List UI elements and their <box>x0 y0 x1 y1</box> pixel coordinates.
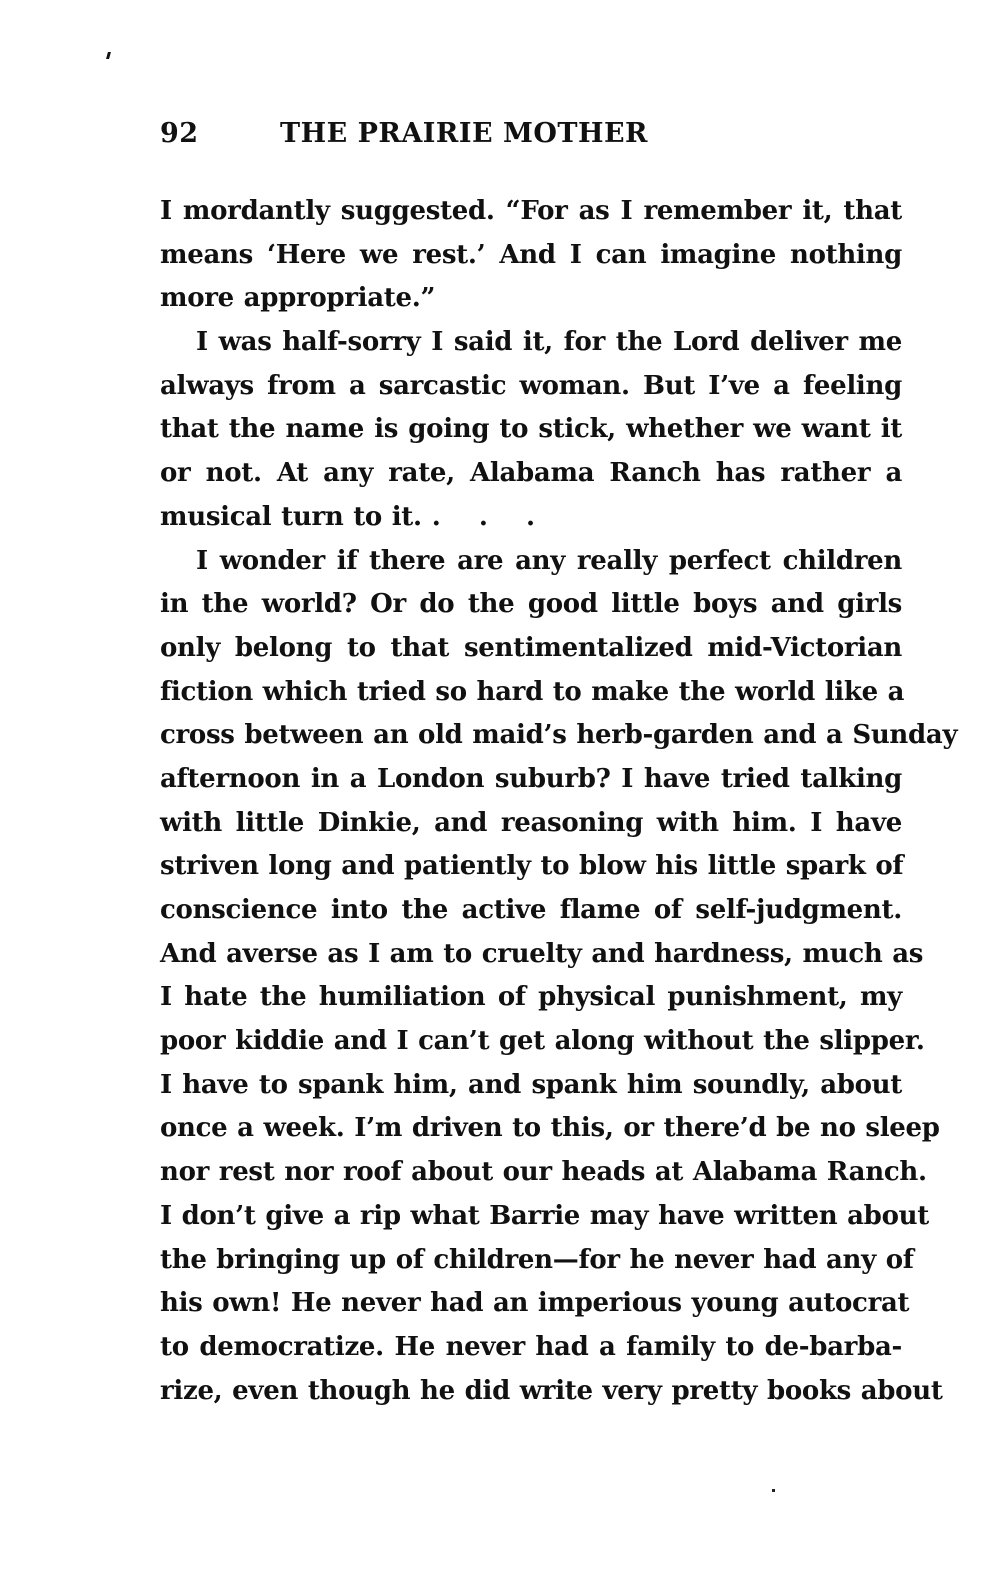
text-line: conscience into the active flame of self… <box>160 889 902 933</box>
text-line: to democratize. He never had a family to… <box>160 1326 902 1370</box>
text-line: I hate the humiliation of physical punis… <box>160 976 902 1020</box>
text-line: that the name is going to stick, whether… <box>160 408 902 452</box>
text-line: with little Dinkie, and reasoning with h… <box>160 802 902 846</box>
text-line: nor rest nor roof about our heads at Ala… <box>160 1151 902 1195</box>
text-line: rize, even though he did write very pret… <box>160 1370 902 1414</box>
text-line: more appropriate.” <box>160 277 902 321</box>
text-line-with-ellipsis: musical turn to it.. . . <box>160 496 902 540</box>
text-line: in the world? Or do the good little boys… <box>160 583 902 627</box>
running-head: 92 THE PRAIRIE MOTHER <box>160 118 900 154</box>
text-line: I was half-sorry I said it, for the Lord… <box>160 321 902 365</box>
text-line: And averse as I am to cruelty and hardne… <box>160 933 902 977</box>
text-line: fiction which tried so hard to make the … <box>160 671 902 715</box>
scan-artifact-mark <box>106 52 111 59</box>
text-line: I don’t give a rip what Barrie may have … <box>160 1195 902 1239</box>
page-body: I mordantly suggested. “For as I remembe… <box>160 190 902 1413</box>
text-line: striven long and patiently to blow his l… <box>160 845 902 889</box>
text-line: always from a sarcastic woman. But I’ve … <box>160 365 902 409</box>
text-line: or not. At any rate, Alabama Ranch has r… <box>160 452 902 496</box>
text-line: poor kiddie and I can’t get along withou… <box>160 1020 902 1064</box>
text-line: I wonder if there are any really perfect… <box>160 540 902 584</box>
text-line: musical turn to it. <box>160 502 422 532</box>
text-line: afternoon in a London suburb? I have tri… <box>160 758 902 802</box>
text-line: I have to spank him, and spank him sound… <box>160 1064 902 1108</box>
text-line: the bringing up of children—for he never… <box>160 1239 902 1283</box>
text-line: his own! He never had an imperious young… <box>160 1282 902 1326</box>
scan-artifact-dot <box>772 1489 775 1492</box>
ellipsis: . . . <box>432 502 549 532</box>
running-title: THE PRAIRIE MOTHER <box>280 118 648 149</box>
text-line: I mordantly suggested. “For as I remembe… <box>160 190 902 234</box>
text-line: means ‘Here we rest.’ And I can imagine … <box>160 234 902 278</box>
text-line: once a week. I’m driven to this, or ther… <box>160 1107 902 1151</box>
text-line: cross between an old maid’s herb-garden … <box>160 714 902 758</box>
text-line: only belong to that sentimentalized mid-… <box>160 627 902 671</box>
page-number: 92 <box>160 118 199 149</box>
